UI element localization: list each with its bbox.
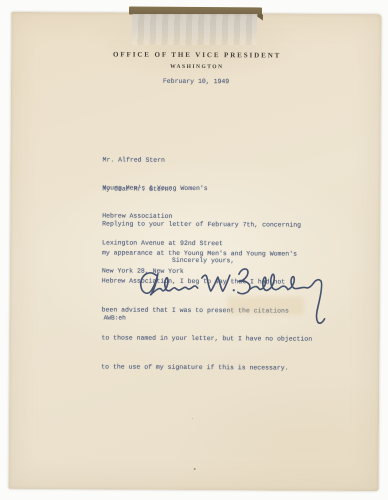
paper-stain xyxy=(228,296,304,314)
signature-handwritten xyxy=(135,262,350,328)
salutation: My dear Mr. Stern: xyxy=(102,184,172,194)
paper-speck xyxy=(192,418,193,419)
paper-speck xyxy=(194,468,196,470)
letter-paper: OFFICE OF THE VICE PRESIDENT WASHINGTON … xyxy=(9,12,382,491)
address-line: Mr. Alfred Stern xyxy=(103,156,224,165)
letterhead-city: WASHINGTON xyxy=(11,63,381,71)
body-line: Replying to your letter of February 7th,… xyxy=(102,219,313,230)
letterhead-office: OFFICE OF THE VICE PRESIDENT xyxy=(11,50,381,60)
letter-photo: OFFICE OF THE VICE PRESIDENT WASHINGTON … xyxy=(0,0,388,500)
tape-strip xyxy=(132,14,258,45)
body-line: to those named in your letter, but I hav… xyxy=(101,333,312,344)
date-line: February 10, 1949 xyxy=(11,76,381,88)
body-line: to the use of my signature if this is ne… xyxy=(101,362,312,373)
typist-initials: AWB:eh xyxy=(104,313,126,323)
